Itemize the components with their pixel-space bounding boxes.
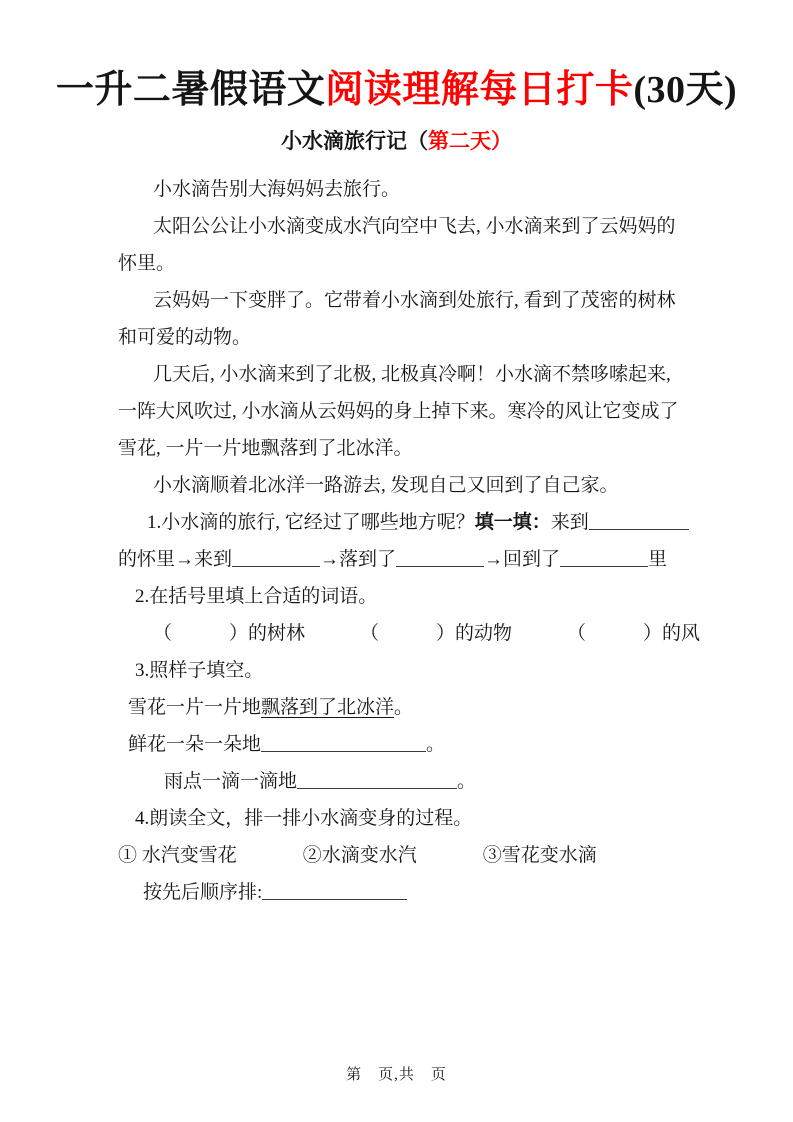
page-title: 一升二暑假语文阅读理解每日打卡(30天)	[0, 0, 793, 114]
q1-seg2-text: →落到了	[320, 549, 396, 570]
fill-blank	[261, 732, 426, 752]
q3-example-end: 。	[394, 697, 413, 718]
q1-intro-text: 1.小水滴的旅行, 它经过了哪些地方呢？	[147, 512, 475, 533]
subtitle-black-text: 小水滴旅行记（	[281, 129, 428, 153]
q3-blank2-end: 。	[457, 771, 476, 792]
fill-blank	[560, 547, 648, 567]
q1-seg3-text: →回到了	[484, 549, 560, 570]
q2-item-forest: （ ）的树林	[153, 615, 305, 652]
question-2-items: （ ）的树林 （ ）的动物 （ ）的风	[118, 615, 695, 652]
q1-fill-label: 填一填：	[475, 512, 551, 533]
story-line: 怀里。	[118, 245, 695, 282]
doc-subtitle: 小水滴旅行记（第二天）	[0, 128, 793, 155]
q3-blank1-end: 。	[426, 734, 445, 755]
q2-item-wind: （ ）的风	[567, 615, 700, 652]
q2-item-animal: （ ）的动物	[360, 615, 512, 652]
question-4-options: ① 水汽变雪花 ②水滴变水汽 ③雪花变水滴	[118, 837, 695, 874]
story-line: 和可爱的动物。	[118, 319, 695, 356]
story-line: 雪花, 一片一片地飘落到了北冰洋。	[118, 430, 695, 467]
question-4-order-line: 按先后顺序排:	[118, 874, 695, 911]
question-1-line-2: 的怀里→来到→落到了→回到了里	[118, 541, 695, 578]
worksheet-page: 一升二暑假语文阅读理解每日打卡(30天) 小水滴旅行记（第二天） 小水滴告别大海…	[0, 0, 793, 1122]
story-line: 云妈妈一下变胖了。它带着小水滴到处旅行, 看到了茂密的树林	[118, 282, 695, 319]
title-black-prefix: 一升二暑假语文	[56, 69, 326, 111]
story-line: 太阳公公让小水滴变成水汽向空中飞去, 小水滴来到了云妈妈的	[118, 208, 695, 245]
story-line: 小水滴告别大海妈妈去旅行。	[118, 171, 695, 208]
question-3-blank-2: 雨点一滴一滴地。	[118, 763, 695, 800]
q3-example-pre: 雪花一片一片地	[128, 697, 261, 718]
fill-blank	[396, 547, 484, 567]
page-footer: 第 页,共 页	[0, 1063, 793, 1084]
story-line: 一阵大风吹过, 小水滴从云妈妈的身上掉下来。寒冷的风让它变成了	[118, 393, 695, 430]
q4-option-2: ②水滴变水汽	[303, 837, 417, 874]
fill-blank	[589, 510, 689, 530]
question-3-example: 雪花一片一片地飘落到了北冰洋。	[118, 689, 695, 726]
title-red-text: 阅读理解每日打卡	[325, 69, 633, 111]
question-1-line-1: 1.小水滴的旅行, 它经过了哪些地方呢？填一填：来到	[118, 504, 695, 541]
q4-order-label: 按先后顺序排:	[143, 882, 262, 903]
q4-option-1: ① 水汽变雪花	[118, 837, 237, 874]
question-3-heading: 3.照样子填空。	[118, 652, 695, 689]
subtitle-red-text: 第二天）	[428, 129, 512, 153]
fill-blank	[232, 547, 320, 567]
q3-blank2-pre: 雨点一滴一滴地	[164, 771, 297, 792]
question-3-blank-1: 鲜花一朵一朵地。	[118, 726, 695, 763]
q1-lead-text: 来到	[551, 512, 589, 533]
story-line: 几天后, 小水滴来到了北极, 北极真冷啊！小水滴不禁哆嗦起来,	[118, 356, 695, 393]
q3-example-underlined: 飘落到了北冰洋	[261, 697, 394, 718]
q1-seg1-text: 的怀里→来到	[118, 549, 232, 570]
q4-option-3: ③雪花变水滴	[483, 837, 597, 874]
story-line: 小水滴顺着北冰洋一路游去, 发现自己又回到了自己家。	[118, 467, 695, 504]
fill-blank	[262, 880, 407, 900]
q1-end-text: 里	[648, 549, 667, 570]
q3-blank1-pre: 鲜花一朵一朵地	[128, 734, 261, 755]
fill-blank	[297, 769, 457, 789]
title-black-suffix: (30天)	[633, 69, 737, 111]
worksheet-body: 小水滴告别大海妈妈去旅行。 太阳公公让小水滴变成水汽向空中飞去, 小水滴来到了云…	[118, 171, 695, 911]
question-4-heading: 4.朗读全文，排一排小水滴变身的过程。	[118, 800, 695, 837]
question-2-heading: 2.在括号里填上合适的词语。	[118, 578, 695, 615]
